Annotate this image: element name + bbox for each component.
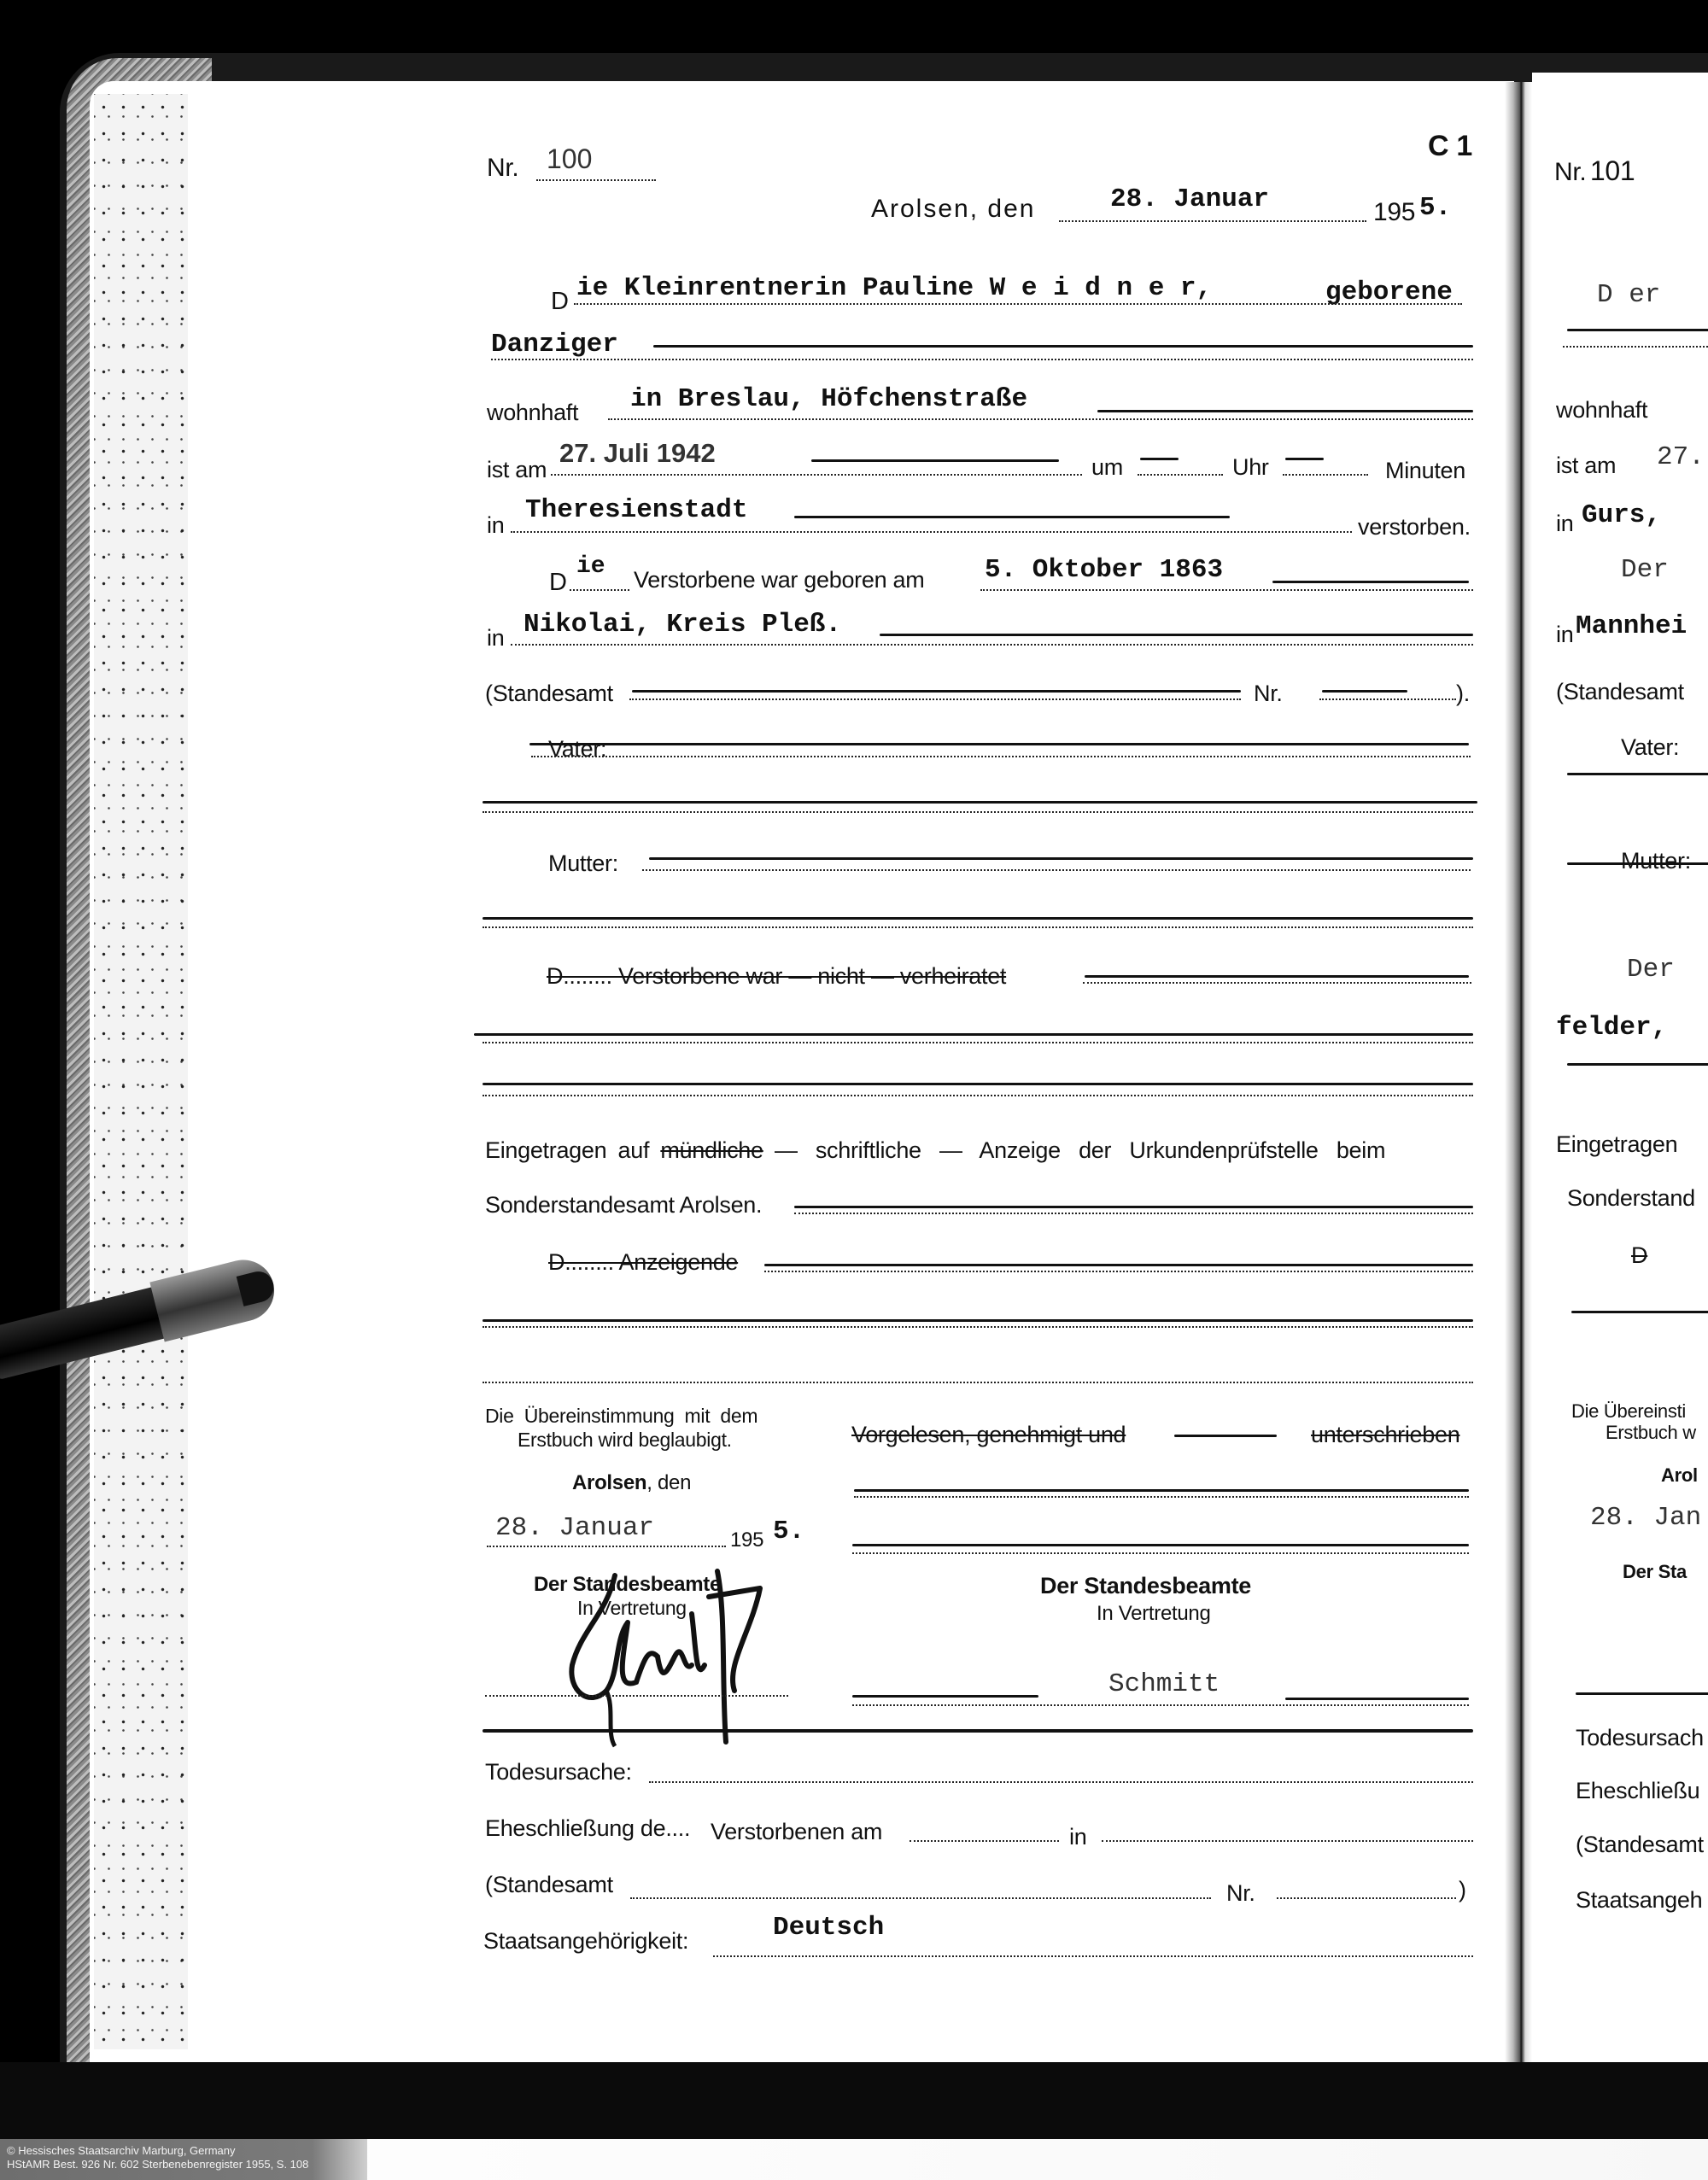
birth-date-strike xyxy=(1272,581,1469,583)
right-name-fragment: D er xyxy=(1597,280,1660,310)
right-cert-line1: Die Übereinsti xyxy=(1571,1400,1686,1423)
um-dots xyxy=(1138,474,1223,476)
residence-value: in Breslau, Höfchenstraße xyxy=(630,384,1027,414)
right-death-place-label: in xyxy=(1556,511,1573,537)
right-death-place: Gurs, xyxy=(1582,500,1661,530)
entry-number-dots xyxy=(536,179,656,181)
certification-right-strike2 xyxy=(852,1544,1469,1546)
born-article-dots xyxy=(570,589,629,591)
register-year-prefix: 195 xyxy=(1373,198,1415,227)
father-line2-strike xyxy=(483,801,1477,804)
birth-standesamt-close: ). xyxy=(1456,681,1470,707)
book-bottom-shadow xyxy=(0,2062,1708,2139)
certification-line1: Die Übereinstimmung mit dem xyxy=(485,1405,757,1428)
father-dots xyxy=(531,756,1471,757)
nationality-label: Staatsangehörigkeit: xyxy=(483,1928,688,1955)
residence-strike xyxy=(1097,410,1473,412)
residence-dots xyxy=(608,418,1473,420)
birth-standesamt-label: (Standesamt xyxy=(485,681,613,707)
marriage-standesamt-label: (Standesamt xyxy=(485,1872,613,1898)
marriage-in-label: in xyxy=(1069,1824,1086,1850)
vorgelesen-struck: Vorgelesen, genehmigt und xyxy=(851,1422,1126,1448)
unterschrieben-struck: unterschrieben xyxy=(1311,1422,1459,1448)
certification-den-label: , den xyxy=(646,1471,691,1494)
certification-date-dots xyxy=(487,1546,726,1547)
right-official-subtitle: In Vertretung xyxy=(1097,1602,1211,1626)
right-line-strike-1 xyxy=(1567,329,1708,331)
right-official-title: Der Standesbeamte xyxy=(1040,1573,1251,1599)
death-place: Theresienstadt xyxy=(525,495,747,525)
birth-place-label: in xyxy=(487,625,504,652)
informant-dots xyxy=(764,1271,1473,1272)
marital-dots xyxy=(1083,982,1471,984)
informant-line2-strike xyxy=(483,1319,1473,1322)
informant-strike xyxy=(764,1264,1473,1266)
born-label: Verstorbene war geboren am xyxy=(634,567,924,593)
register-date: 28. Januar xyxy=(1110,184,1269,214)
cause-of-death-dots xyxy=(649,1781,1473,1783)
archive-credit: © Hessisches Staatsarchiv Marburg, Germa… xyxy=(0,2139,367,2180)
birth-place-dots xyxy=(511,644,1473,646)
registration-line1: Eingetragen auf mündliche — schriftliche… xyxy=(485,1137,1385,1164)
right-registration-label: Eingetragen xyxy=(1556,1131,1677,1158)
page-margin-speckles xyxy=(94,94,188,2049)
birth-standesamt-dots xyxy=(629,698,1241,700)
marital-status-struck: D........ Verstorbene war — nicht — verh… xyxy=(547,963,1006,990)
maiden-name-strike xyxy=(653,345,1473,348)
certification-date: 28. Januar xyxy=(495,1513,654,1543)
born-article: ie xyxy=(576,553,605,580)
registration-prefix: Eingetragen auf xyxy=(485,1137,649,1163)
registration-rest: — schriftliche — Anzeige der Urkundenprü… xyxy=(775,1137,1385,1163)
certification-right-dots2 xyxy=(852,1552,1469,1554)
registration-line2: Sonderstandesamt Arolsen. xyxy=(485,1192,762,1219)
death-place-strike xyxy=(794,516,1230,518)
minuten-label: Minuten xyxy=(1385,458,1465,484)
marital-strike xyxy=(1085,975,1469,978)
um-strike xyxy=(1140,458,1179,460)
father-strike xyxy=(529,743,1469,745)
right-mother-label: Mutter: xyxy=(1621,848,1691,874)
mother-line2-dots xyxy=(483,926,1473,928)
right-cert-place: Arol xyxy=(1661,1464,1698,1487)
marriage-standesamt-dots xyxy=(630,1897,1211,1899)
registration-line2-strike xyxy=(794,1206,1473,1208)
right-line-strike-6 xyxy=(1576,1692,1708,1695)
mother-line2-strike xyxy=(483,917,1473,920)
father-label: Vater: xyxy=(548,736,606,763)
right-marriage-standesamt-label: (Standesamt xyxy=(1576,1832,1704,1858)
death-date-strike xyxy=(811,459,1059,462)
right-line-strike-4 xyxy=(1567,1063,1708,1066)
nationality-value: Deutsch xyxy=(773,1913,884,1943)
right-page xyxy=(1532,73,1708,2062)
maiden-name-dots xyxy=(491,359,1473,360)
right-sonderstandesamt-label: Sonderstand xyxy=(1567,1185,1695,1212)
series-mark: C 1 xyxy=(1428,130,1472,163)
marriage-nr-label: Nr. xyxy=(1226,1880,1255,1907)
vorgelesen-strike xyxy=(1174,1435,1277,1437)
verstorben-label: verstorben. xyxy=(1358,514,1471,541)
right-entry-number: 101 xyxy=(1590,155,1635,186)
right-nationality-label: Staatsangeh xyxy=(1576,1887,1702,1914)
death-date-dots xyxy=(551,474,1082,476)
uhr-label: Uhr xyxy=(1232,454,1269,481)
register-year-suffix: 5. xyxy=(1419,193,1451,223)
marriage-place-dots xyxy=(1102,1840,1473,1842)
marriage-label-a: Eheschließung de.... xyxy=(485,1815,690,1842)
right-born-fragment: Der xyxy=(1621,555,1669,585)
right-official-fragment: Der Sta xyxy=(1623,1561,1687,1583)
mother-dots xyxy=(642,869,1471,871)
certification-place-name: Arolsen xyxy=(572,1471,646,1494)
place-date-label: Arolsen, den xyxy=(871,195,1035,224)
informant-line3-dots xyxy=(483,1382,1473,1383)
right-cert-date: 28. Jan xyxy=(1590,1503,1701,1533)
right-cert-line2: Erstbuch w xyxy=(1606,1422,1696,1444)
mother-label: Mutter: xyxy=(548,850,618,877)
birth-date-dots xyxy=(980,589,1473,591)
mother-strike xyxy=(649,857,1473,860)
residence-label: wohnhaft xyxy=(487,400,578,426)
death-date: 27. Juli 1942 xyxy=(559,438,716,469)
marriage-date-dots xyxy=(910,1840,1059,1842)
death-place-label: in xyxy=(487,512,504,539)
marriage-close-paren: ) xyxy=(1459,1877,1466,1903)
marital-line2-dots xyxy=(483,1042,1473,1043)
birth-place: Nikolai, Kreis Pleß. xyxy=(524,610,841,640)
credit-line-2: HStAMR Best. 926 Nr. 602 Sterbenebenregi… xyxy=(7,2158,367,2171)
right-marriage-label: Eheschließu xyxy=(1576,1778,1699,1804)
right-residence-label: wohnhaft xyxy=(1556,397,1647,424)
marital-line3-strike xyxy=(483,1083,1473,1085)
cause-of-death-label: Todesursache: xyxy=(485,1759,632,1785)
registration-struck-word: mündliche xyxy=(660,1137,763,1163)
book-gutter xyxy=(1505,82,1532,2063)
marital-line3-dots xyxy=(483,1095,1473,1096)
certification-right-strike1 xyxy=(854,1489,1469,1492)
marriage-nr-dots xyxy=(1277,1897,1456,1899)
right-death-date-label: ist am xyxy=(1556,453,1616,479)
birth-nr-dots xyxy=(1319,698,1456,700)
birth-date: 5. Oktober 1863 xyxy=(985,555,1223,585)
certification-place: Arolsen, den xyxy=(572,1471,691,1495)
entry-number-label: Nr. xyxy=(487,154,518,183)
uhr-dots xyxy=(1283,474,1368,476)
informant-struck: D........ Anzeigende xyxy=(548,1249,738,1276)
certification-line2: Erstbuch wird beglaubigt. xyxy=(518,1429,732,1452)
birth-standesamt-nr-label: Nr. xyxy=(1254,681,1283,707)
entry-number: 100 xyxy=(547,143,592,175)
left-page xyxy=(90,81,1514,2062)
um-label: um xyxy=(1091,454,1123,481)
right-informant-label: D xyxy=(1631,1242,1647,1269)
right-signature-strike-b xyxy=(1285,1698,1469,1700)
right-spouse-name-fragment: felder, xyxy=(1556,1013,1667,1043)
deceased-name: ie Kleinrentnerin Pauline W e i d n e r, xyxy=(576,273,1212,303)
deceased-article: D xyxy=(551,288,569,316)
right-father-label: Vater: xyxy=(1621,734,1679,761)
death-place-dots xyxy=(511,531,1352,533)
right-cause-label: Todesursach xyxy=(1576,1725,1704,1751)
right-line-strike-3 xyxy=(1567,862,1708,865)
nationality-dots xyxy=(713,1955,1473,1957)
maiden-name: Danziger xyxy=(491,330,618,359)
register-date-dots xyxy=(1059,220,1366,222)
right-standesamt-label: (Standesamt xyxy=(1556,679,1684,705)
certification-year-suffix: 5. xyxy=(773,1517,804,1546)
right-signature-strike-a xyxy=(852,1695,1038,1698)
registration-line2-dots xyxy=(794,1213,1473,1214)
credit-line-1: © Hessisches Staatsarchiv Marburg, Germa… xyxy=(7,2144,367,2158)
birth-standesamt-strike xyxy=(632,690,1241,693)
death-date-label: ist am xyxy=(487,457,547,483)
born-article-prefix: D xyxy=(549,569,567,597)
father-line2-dots xyxy=(483,811,1473,813)
right-line-strike-5 xyxy=(1571,1311,1708,1313)
right-entry-number-label: Nr. xyxy=(1554,158,1586,186)
name-dots xyxy=(574,303,1462,305)
certification-right-dots1 xyxy=(854,1496,1469,1498)
right-page-entry: Nr. 101 xyxy=(1554,155,1635,187)
section-divider xyxy=(483,1729,1473,1733)
right-birth-place-label: in xyxy=(1556,622,1573,648)
informant-line2-dots xyxy=(483,1326,1473,1328)
right-line-strike-2 xyxy=(1567,773,1708,775)
marital-line2-strike xyxy=(474,1033,1473,1036)
uhr-strike xyxy=(1285,458,1324,460)
signature-schmitt xyxy=(555,1563,777,1750)
right-spouse-fragment: Der xyxy=(1627,955,1675,985)
left-signature-dots xyxy=(485,1695,788,1697)
right-birth-place: Mannhei xyxy=(1576,611,1687,641)
right-death-date-fragment: 27. xyxy=(1657,442,1705,472)
right-typed-name: Schmitt xyxy=(1108,1669,1220,1699)
certification-year-prefix: 195 xyxy=(730,1528,763,1552)
birth-place-strike xyxy=(880,634,1473,636)
birth-nr-strike xyxy=(1322,690,1407,693)
right-line-dots-1 xyxy=(1563,346,1708,348)
right-signature-dots xyxy=(852,1704,1469,1706)
marriage-label-b: Verstorbenen am xyxy=(711,1819,882,1845)
